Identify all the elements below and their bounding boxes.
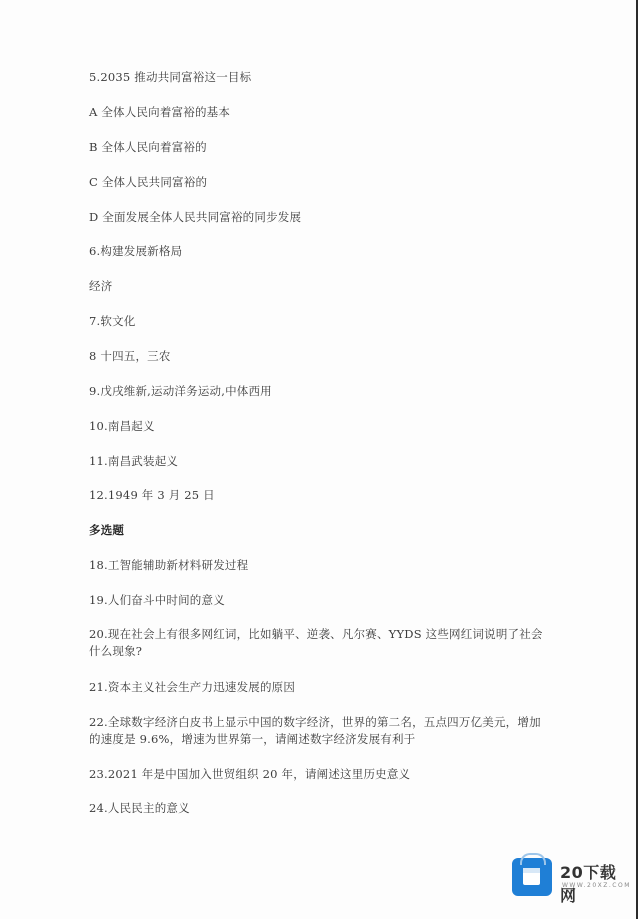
watermark-logo: 20下载网 WWW.20XZ.COM bbox=[512, 858, 632, 898]
watermark-url: WWW.20XZ.COM bbox=[562, 882, 631, 889]
question-18: 18.工智能辅助新材料研发过程 bbox=[89, 557, 248, 574]
question-11: 11.南昌武装起义 bbox=[89, 453, 178, 470]
option-c: C 全体人民共同富裕的 bbox=[89, 174, 207, 191]
question-6: 6.构建发展新格局 bbox=[89, 243, 182, 260]
option-b: B 全体人民向着富裕的 bbox=[89, 139, 207, 156]
question-19: 19.人们奋斗中时间的意义 bbox=[89, 592, 225, 609]
question-10: 10.南昌起义 bbox=[89, 418, 155, 435]
question-22: 22.全球数字经济白皮书上显示中国的数字经济，世界的第二名，五点四万亿美元，增加… bbox=[89, 714, 549, 748]
document-page: 5.2035 推动共同富裕这一目标 A 全体人民向着富裕的基本 B 全体人民向着… bbox=[0, 0, 636, 919]
question-20: 20.现在社会上有很多网红词，比如躺平、逆袭、凡尔赛、YYDS 这些网红词说明了… bbox=[89, 626, 549, 660]
shopping-bag-cube-icon bbox=[512, 858, 552, 896]
question-9: 9.戊戌维新,运动洋务运动,中体西用 bbox=[89, 383, 272, 400]
question-7: 7.软文化 bbox=[89, 313, 135, 330]
question-21: 21.资本主义社会生产力迅速发展的原因 bbox=[89, 679, 295, 696]
section-heading-multiple-choice: 多选题 bbox=[89, 522, 124, 539]
option-a: A 全体人民向着富裕的基本 bbox=[89, 104, 230, 121]
question-5: 5.2035 推动共同富裕这一目标 bbox=[89, 69, 251, 86]
question-12: 12.1949 年 3 月 25 日 bbox=[89, 487, 215, 504]
answer-economy: 经济 bbox=[89, 278, 112, 295]
option-d: D 全面发展全体人民共同富裕的同步发展 bbox=[89, 209, 301, 226]
question-8: 8 十四五，三农 bbox=[89, 348, 171, 365]
question-24: 24.人民民主的意义 bbox=[89, 800, 190, 817]
question-23: 23.2021 年是中国加入世贸组织 20 年，请阐述这里历史意义 bbox=[89, 766, 410, 783]
